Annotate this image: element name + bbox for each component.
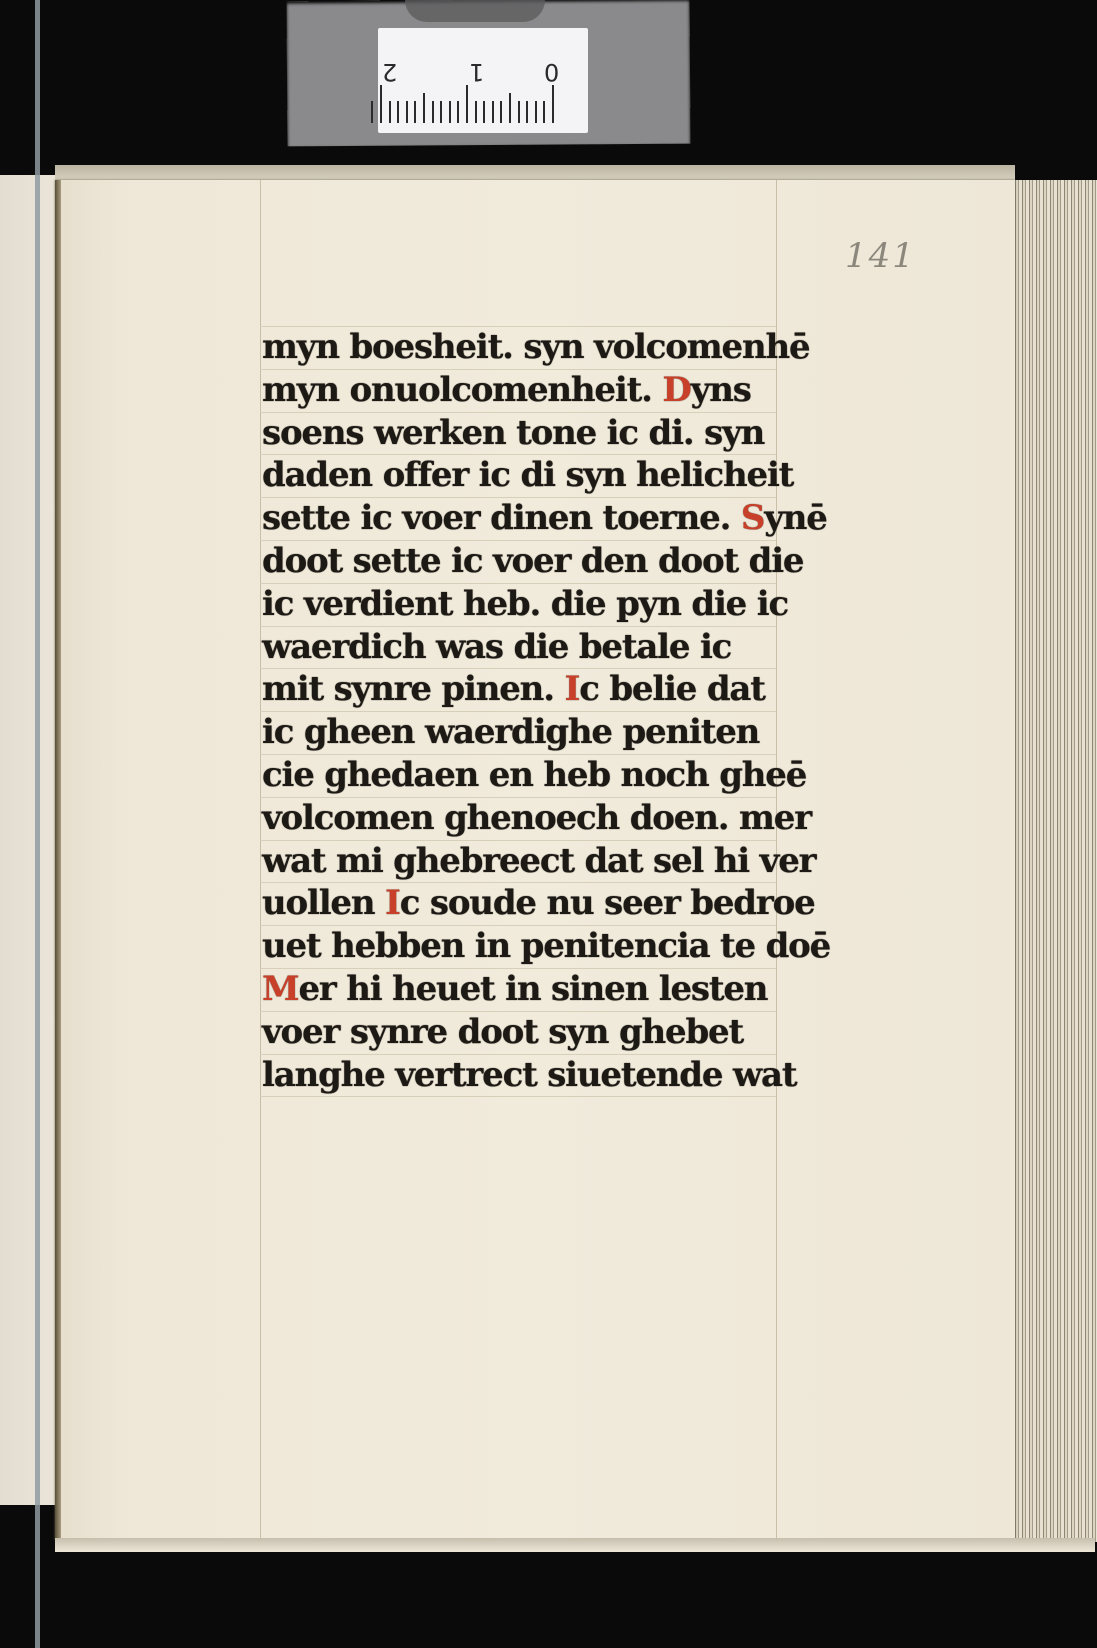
line-text: ynē [764, 498, 827, 538]
ruler-label-2: 2 [382, 58, 397, 86]
ruling-line-horizontal [260, 1054, 776, 1055]
line-text: daden offer ic di syn helicheit [262, 455, 793, 495]
line-text: myn boesheit. syn volcomenhē [262, 327, 809, 367]
text-line: volcomen ghenoech doen. mer [262, 797, 822, 840]
text-line: waerdich was die betale ic [262, 626, 822, 669]
ruler-tick [552, 85, 554, 123]
ruler-tick [457, 101, 459, 123]
text-line: soens werken tone ic di. syn [262, 412, 822, 455]
text-line: ic gheen waerdighe peniten [262, 711, 822, 754]
ruling-line-horizontal [260, 1011, 776, 1012]
ruler-tick [406, 101, 408, 123]
line-text: er hi heuet in sinen lesten [298, 969, 767, 1009]
ruling-line-horizontal [260, 497, 776, 498]
line-text: voer synre doot syn ghebet [262, 1012, 743, 1052]
ruler-tick [475, 101, 477, 123]
line-text: ic gheen waerdighe peniten [262, 712, 759, 752]
line-text: doot sette ic voer den doot die [262, 541, 803, 581]
line-text: c belie dat [579, 669, 765, 709]
page-stack-fore-edge [1012, 180, 1097, 1542]
text-line: myn onuolcomenheit. Dyns [262, 369, 822, 412]
ruler-label-1: 1 [469, 58, 484, 86]
line-text: yns [691, 370, 751, 410]
text-line: doot sette ic voer den doot die [262, 540, 822, 583]
text-line: mit synre pinen. Ic belie dat [262, 668, 822, 711]
ruling-line-horizontal [260, 711, 776, 712]
ruling-line-horizontal [260, 668, 776, 669]
ruler-tick [440, 101, 442, 123]
ruler-tick [492, 101, 494, 123]
ruling-line-horizontal [260, 925, 776, 926]
text-line: uollen Ic soude nu seer bedroe [262, 882, 822, 925]
ruler-tick [466, 85, 468, 123]
ruler-tick [535, 101, 537, 123]
text-line: myn boesheit. syn volcomenhē [262, 326, 822, 369]
line-text: cie ghedaen en heb noch gheē [262, 755, 806, 795]
ruling-line-horizontal [260, 840, 776, 841]
glass-plate-edge [35, 0, 40, 1648]
text-line: wat mi ghebreect dat sel hi ver [262, 840, 822, 883]
ruler-tick [380, 85, 382, 123]
line-text: uet hebben in penitencia te doē [262, 926, 830, 966]
ruling-line-horizontal [260, 1096, 776, 1097]
ruler-tick [432, 101, 434, 123]
line-text: sette ic voer dinen toerne. [262, 498, 741, 538]
line-text: uollen [262, 883, 385, 923]
ruler-tick [509, 93, 511, 123]
gutter-shadow [55, 180, 61, 1540]
rubricated-initial: I [564, 669, 579, 709]
text-line: voer synre doot syn ghebet [262, 1011, 822, 1054]
line-text: wat mi ghebreect dat sel hi ver [262, 841, 815, 881]
line-text: waerdich was die betale ic [262, 627, 731, 667]
ruling-line-horizontal [260, 412, 776, 413]
text-line: sette ic voer dinen toerne. Synē [262, 497, 822, 540]
ruler-tick [500, 101, 502, 123]
folio-number: 141 [845, 236, 916, 276]
line-text: mit synre pinen. [262, 669, 564, 709]
text-line: uet hebben in penitencia te doē [262, 925, 822, 968]
text-line: langhe vertrect siuetende wat [262, 1054, 822, 1097]
card-mount-shadow [405, 0, 545, 22]
scale-ruler: 0 1 2 [378, 28, 588, 133]
line-text: ic verdient heb. die pyn die ic [262, 584, 788, 624]
ruler-tick [397, 101, 399, 123]
ruling-line-horizontal [260, 583, 776, 584]
ruler-tick [389, 101, 391, 123]
rubricated-initial: S [741, 498, 764, 538]
line-text: volcomen ghenoech doen. mer [262, 798, 811, 838]
ruling-line-horizontal [260, 454, 776, 455]
ruler-tick [449, 101, 451, 123]
text-line: daden offer ic di syn helicheit [262, 454, 822, 497]
line-text: langhe vertrect siuetende wat [262, 1055, 796, 1095]
rubricated-initial: D [662, 370, 690, 410]
rubricated-initial: M [262, 969, 298, 1009]
text-line: ic verdient heb. die pyn die ic [262, 583, 822, 626]
ruling-line-horizontal [260, 540, 776, 541]
ruler-tick [423, 93, 425, 123]
ruling-line-horizontal [260, 326, 776, 327]
rubricated-initial: I [385, 883, 400, 923]
ruler-label-0: 0 [544, 58, 559, 86]
line-text: c soude nu seer bedroe [400, 883, 815, 923]
ruling-line-horizontal [260, 369, 776, 370]
line-text: soens werken tone ic di. syn [262, 413, 764, 453]
ruler-tick [526, 101, 528, 123]
ruler-tick [518, 101, 520, 123]
facing-page-edge [0, 175, 60, 1505]
ruler-tick [483, 101, 485, 123]
book-bottom-edge [55, 1538, 1095, 1552]
ruling-line-horizontal [260, 968, 776, 969]
text-line: cie ghedaen en heb noch gheē [262, 754, 822, 797]
line-text: myn onuolcomenheit. [262, 370, 662, 410]
ruling-line-horizontal [260, 882, 776, 883]
ruling-line-horizontal [260, 754, 776, 755]
ruler-tick [543, 101, 545, 123]
ruling-line-left [260, 180, 261, 1540]
ruler-tick [414, 101, 416, 123]
ruler-tick [371, 101, 373, 123]
ruling-line-horizontal [260, 626, 776, 627]
text-line: Mer hi heuet in sinen lesten [262, 968, 822, 1011]
ruling-line-horizontal [260, 797, 776, 798]
